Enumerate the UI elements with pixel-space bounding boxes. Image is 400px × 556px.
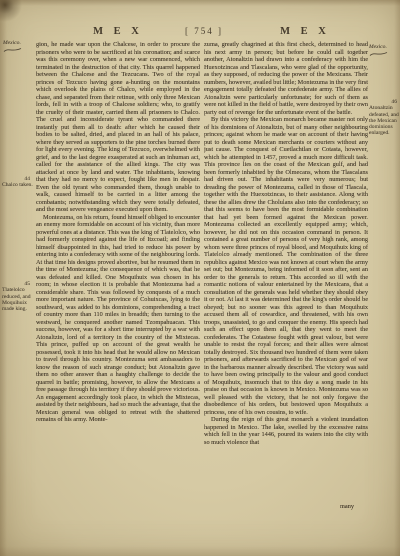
margin-note-running-title-right: Mexico. [369, 44, 400, 57]
paragraph: zuma, greatly chagrined at this first ch… [204, 41, 368, 116]
right-column: zuma, greatly chagrined at this first ch… [204, 41, 368, 511]
margin-note-tlatelolco-reduced: 45 Tlatelolco reduced, and Moquihuix mad… [2, 281, 33, 312]
margin-note-atonaltzin-defeated: 46 Atonaltzin defeated, and the Mexican … [369, 99, 400, 137]
catchword: many [204, 503, 354, 511]
paragraph: By this victory the Mexican monarch beca… [204, 116, 368, 416]
paragraph: During the reign of this great monarch a… [204, 416, 368, 446]
continuation-dash-icon [3, 47, 23, 53]
running-title-text: Mexico. [369, 44, 387, 50]
margin-note-chalco-taken: 44 Chalco taken. [2, 176, 33, 189]
left-column: gion, he made war upon the Chalcese, in … [36, 41, 200, 511]
margin-note-text: Chalco taken. [2, 182, 33, 188]
running-head-left: M E X [93, 26, 143, 37]
margin-note-text: Tlatelolco reduced, and Moquihuix made k… [2, 287, 33, 312]
page-number: [ 754 ] [185, 26, 223, 36]
running-head-right: M E X [280, 26, 330, 37]
paragraph: gion, he made war upon the Chalcese, in … [36, 41, 200, 214]
running-title-text: Mexico. [3, 40, 21, 46]
book-page: M E X [ 754 ] M E X Mexico. 44 Chalco ta… [0, 0, 400, 556]
continuation-dash-icon [369, 51, 389, 57]
page-header: M E X [ 754 ] M E X [0, 26, 400, 40]
paragraph: Montezuma, on his return, found himself … [36, 214, 200, 424]
margin-note-running-title-left: Mexico. [3, 40, 34, 53]
margin-note-text: Atonaltzin defeated, and the Mexican dom… [369, 105, 400, 136]
